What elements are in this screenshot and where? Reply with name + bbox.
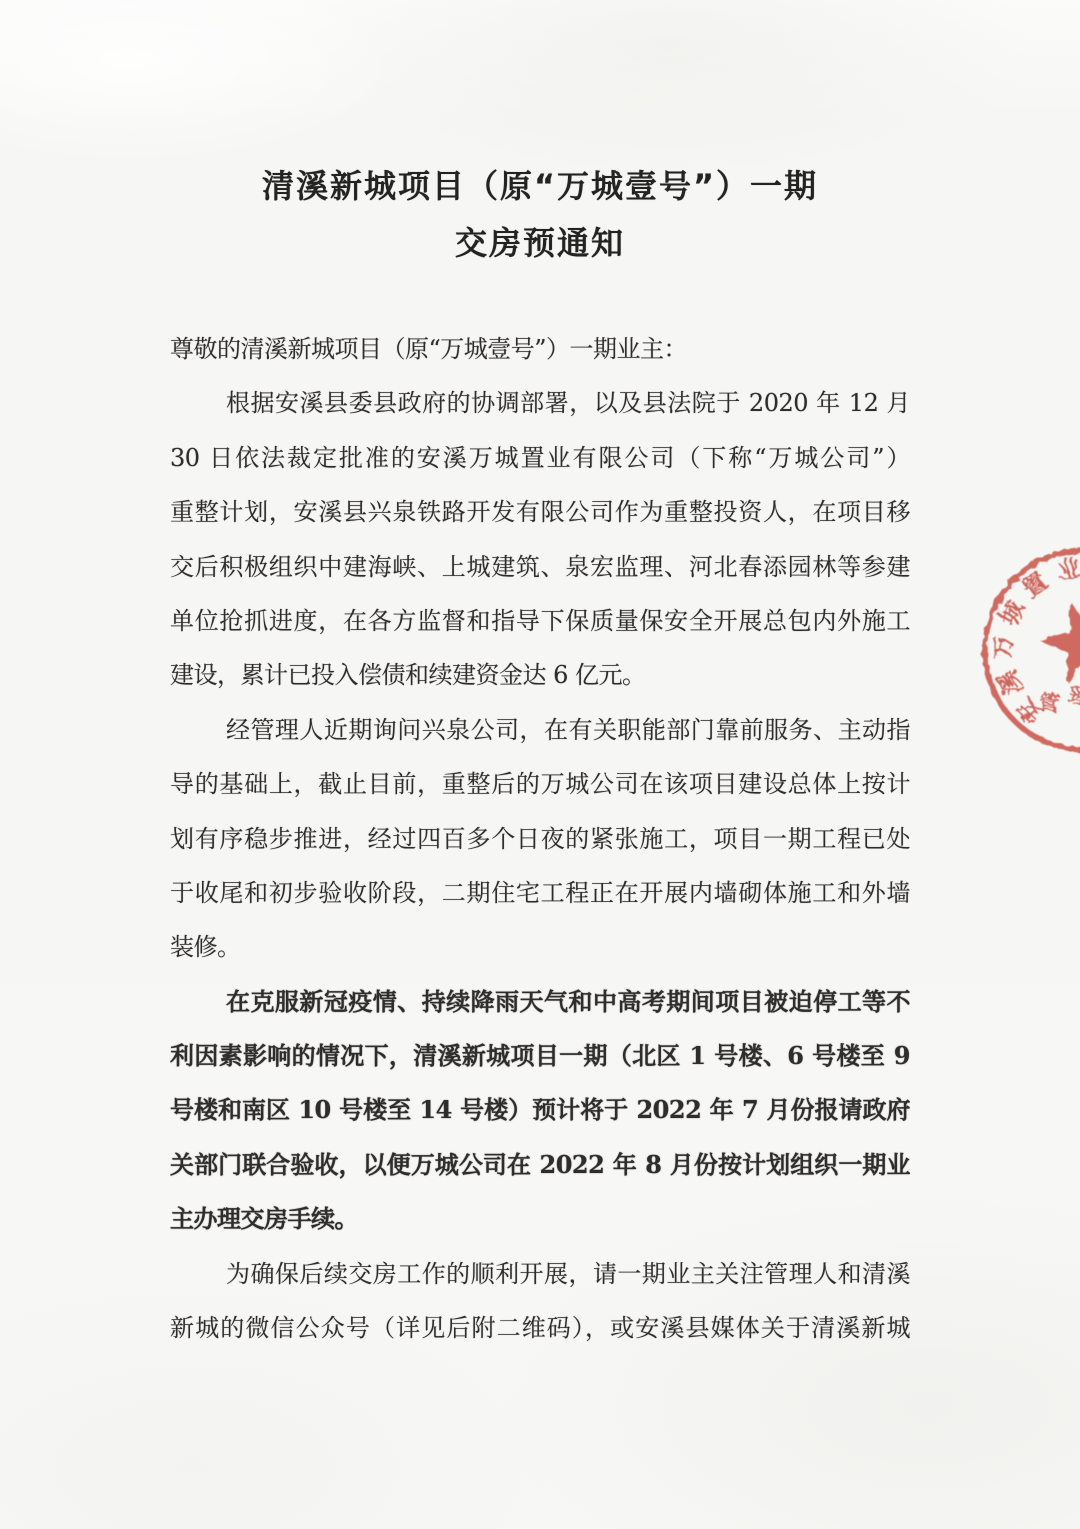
paragraph-3-line-5: 主办理交房手续。 bbox=[170, 1192, 910, 1246]
paragraph-3-line-1: 在克服新冠疫情、持续降雨天气和中高考期间项目被迫停工等不 bbox=[170, 975, 910, 1029]
paragraph-2-line-1: 经管理人近期询问兴泉公司，在有关职能部门靠前服务、主动指 bbox=[170, 703, 910, 757]
company-seal-stamp: 安 溪 万 城 置 业 管 理 bbox=[940, 520, 1080, 780]
paragraph-4-line-1: 为确保后续交房工作的顺利开展，请一期业主关注管理人和清溪 bbox=[170, 1247, 910, 1301]
paragraph-3-line-4: 关部门联合验收，以便万城公司在 2022 年 8 月份按计划组织一期业 bbox=[170, 1138, 910, 1192]
title-line-2: 交房预通知 bbox=[170, 215, 910, 272]
document-body: 尊敬的清溪新城项目（原“万城壹号”）一期业主：根据安溪县委县政府的协调部署，以及… bbox=[170, 322, 910, 1355]
seal-arc-char: 溪 bbox=[992, 665, 1028, 698]
paragraph-2-line-4: 于收尾和初步验收阶段，二期住宅工程正在开展内墙砌体施工和外墙 bbox=[170, 866, 910, 920]
paragraph-3-line-3: 号楼和南区 10 号楼至 14 号楼）预计将于 2022 年 7 月份报请政府有 bbox=[170, 1083, 910, 1137]
seal-arc-char: 安 bbox=[1011, 693, 1048, 731]
seal-arc-char: 万 bbox=[988, 634, 1018, 659]
seal-bottom-char: 管 bbox=[1037, 689, 1061, 717]
paragraph-2-line-2: 导的基础上，截止目前，重整后的万城公司在该项目建设总体上按计 bbox=[170, 757, 910, 811]
seal-bottom-char: 理 bbox=[1067, 683, 1080, 711]
seal-arc-char: 城 bbox=[993, 595, 1030, 630]
paragraph-1-line-3: 重整计划，安溪县兴泉铁路开发有限公司作为重整投资人，在项目移 bbox=[170, 485, 910, 539]
scanned-document-page: 清溪新城项目（原“万城壹号”）一期 交房预通知 尊敬的清溪新城项目（原“万城壹号… bbox=[0, 0, 1080, 1529]
paragraph-1-line-4: 交后积极组织中建海峡、上城建筑、泉宏监理、河北春添园林等参建 bbox=[170, 540, 910, 594]
seal-arc-char: 置 bbox=[1016, 566, 1053, 604]
paragraph-2-line-3: 划有序稳步推进，经过四百多个日夜的紧张施工，项目一期工程已处 bbox=[170, 812, 910, 866]
seal-border-circle bbox=[985, 550, 1080, 750]
paragraph-1-line-1: 根据安溪县委县政府的协调部署，以及县法院于 2020 年 12 月 bbox=[170, 376, 910, 430]
seal-arc-char: 业 bbox=[1055, 552, 1080, 585]
paragraph-4-line-2: 新城的微信公众号（详见后附二维码），或安溪县媒体关于清溪新城 bbox=[170, 1301, 910, 1355]
seal-star-icon bbox=[1040, 602, 1080, 682]
paragraph-1-line-2: 30 日依法裁定批准的安溪万城置业有限公司（下称“万城公司”） bbox=[170, 431, 910, 485]
paragraph-3-line-2: 利因素影响的情况下，清溪新城项目一期（北区 1 号楼、6 号楼至 9 bbox=[170, 1029, 910, 1083]
paragraph-1-line-5: 单位抢抓进度，在各方监督和指导下保质量保安全开展总包内外施工 bbox=[170, 594, 910, 648]
paragraph-2-line-5: 装修。 bbox=[170, 920, 910, 974]
salutation-line: 尊敬的清溪新城项目（原“万城壹号”）一期业主： bbox=[170, 322, 910, 376]
document-title: 清溪新城项目（原“万城壹号”）一期 交房预通知 bbox=[170, 158, 910, 272]
title-line-1: 清溪新城项目（原“万城壹号”）一期 bbox=[170, 158, 910, 215]
paragraph-1-line-6: 建设，累计已投入偿债和续建资金达 6 亿元。 bbox=[170, 648, 910, 702]
